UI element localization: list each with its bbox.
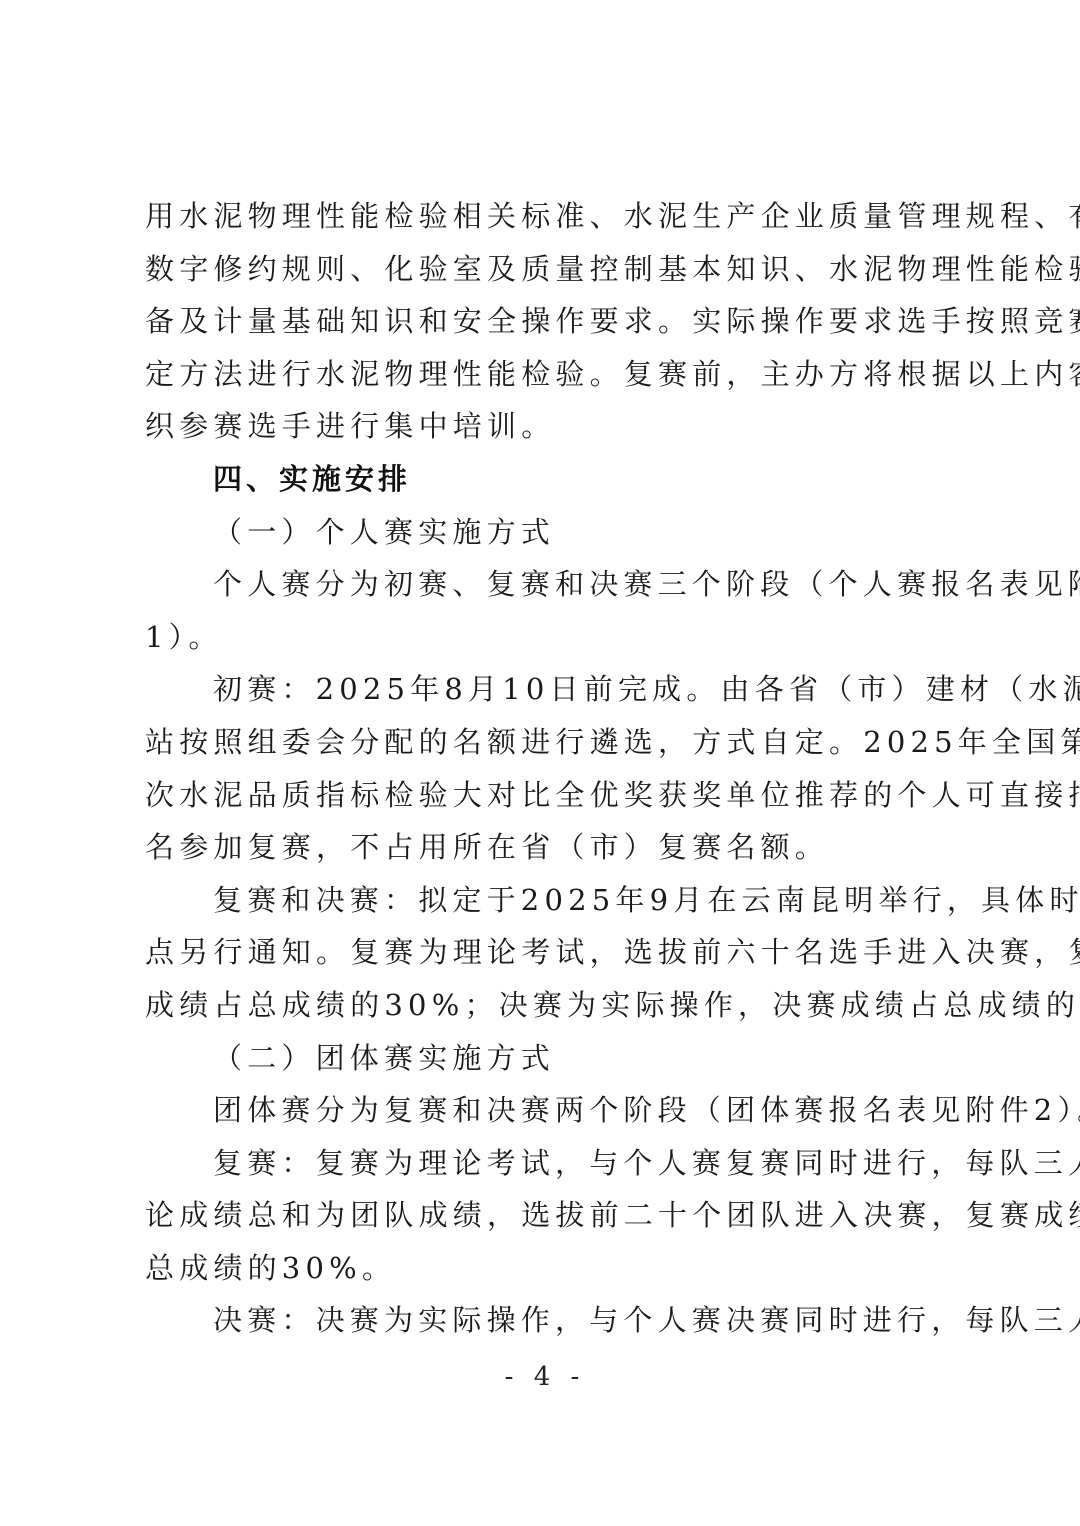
paragraph-line: 名参加复赛，不占用所在省（市）复赛名额。 [145, 821, 969, 874]
paragraph-line: 次水泥品质指标检验大对比全优奖获奖单位推荐的个人可直接报 [145, 769, 969, 822]
paragraph-line: 织参赛选手进行集中培训。 [145, 400, 969, 453]
paragraph-line: 团体赛分为复赛和决赛两个阶段（团体赛报名表见附件2）。 [145, 1084, 969, 1137]
document-page: 用水泥物理性能检验相关标准、水泥生产企业质量管理规程、有效 数字修约规则、化验室… [0, 0, 1080, 1526]
paragraph-line: 总成绩的30%。 [145, 1242, 969, 1295]
paragraph-line: 个人赛分为初赛、复赛和决赛三个阶段（个人赛报名表见附件 [145, 558, 969, 611]
paragraph-line: 成绩占总成绩的30%；决赛为实际操作，决赛成绩占总成绩的70%。 [145, 979, 969, 1032]
paragraph-line: 复赛：复赛为理论考试，与个人赛复赛同时进行，每队三人理 [145, 1137, 969, 1190]
paragraph-line: 1）。 [145, 611, 969, 664]
section-heading: 四、实施安排 [145, 453, 969, 506]
subsection-title-team: （二）团体赛实施方式 [145, 1032, 969, 1085]
paragraph-line: 初赛：2025年8月10日前完成。由各省（市）建材（水泥）质检 [145, 663, 969, 716]
paragraph-line: 决赛：决赛为实际操作，与个人赛决赛同时进行，每队三人实 [145, 1294, 969, 1347]
paragraph-line: 论成绩总和为团队成绩，选拔前二十个团队进入决赛，复赛成绩占 [145, 1189, 969, 1242]
paragraph-line: 站按照组委会分配的名额进行遴选，方式自定。2025年全国第二十 [145, 716, 969, 769]
paragraph-line: 备及计量基础知识和安全操作要求。实际操作要求选手按照竞赛规 [145, 295, 969, 348]
paragraph-line: 复赛和决赛：拟定于2025年9月在云南昆明举行，具体时间和地 [145, 874, 969, 927]
paragraph-line: 用水泥物理性能检验相关标准、水泥生产企业质量管理规程、有效 [145, 190, 969, 243]
paragraph-line: 数字修约规则、化验室及质量控制基本知识、水泥物理性能检验设 [145, 243, 969, 296]
page-number: - 4 - [0, 1362, 1080, 1392]
paragraph-line: 点另行通知。复赛为理论考试，选拔前六十名选手进入决赛，复赛 [145, 926, 969, 979]
document-body: 用水泥物理性能检验相关标准、水泥生产企业质量管理规程、有效 数字修约规则、化验室… [145, 190, 969, 1347]
subsection-title-individual: （一）个人赛实施方式 [145, 506, 969, 559]
paragraph-line: 定方法进行水泥物理性能检验。复赛前，主办方将根据以上内容组 [145, 348, 969, 401]
